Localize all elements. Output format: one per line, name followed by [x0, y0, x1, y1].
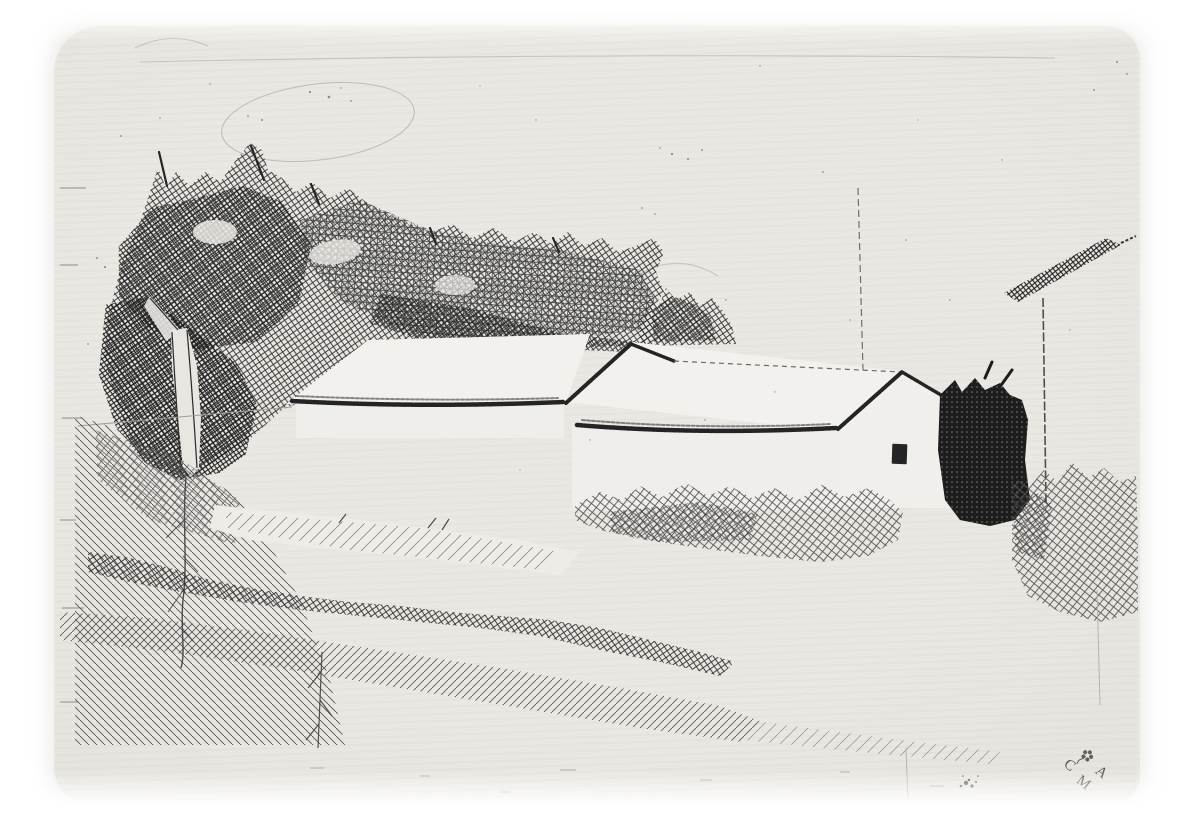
right-roof-eave-strip	[1004, 238, 1121, 302]
window	[892, 444, 908, 465]
ink-smudge	[960, 775, 979, 787]
stamp-letter-a: A	[1092, 763, 1111, 782]
road-marks	[310, 768, 944, 792]
collector-stamp: A C M	[1057, 743, 1112, 798]
etching-artwork: A C M	[0, 0, 1200, 818]
stamp-letter-c: C	[1061, 756, 1079, 775]
shed-wall	[296, 402, 564, 438]
flower-icon	[1075, 747, 1096, 769]
right-roof-tail	[1121, 236, 1136, 243]
stamp-letter-m: M	[1073, 772, 1093, 793]
vertical-scratch	[858, 188, 863, 370]
etching-scan: A C M	[0, 0, 1200, 818]
